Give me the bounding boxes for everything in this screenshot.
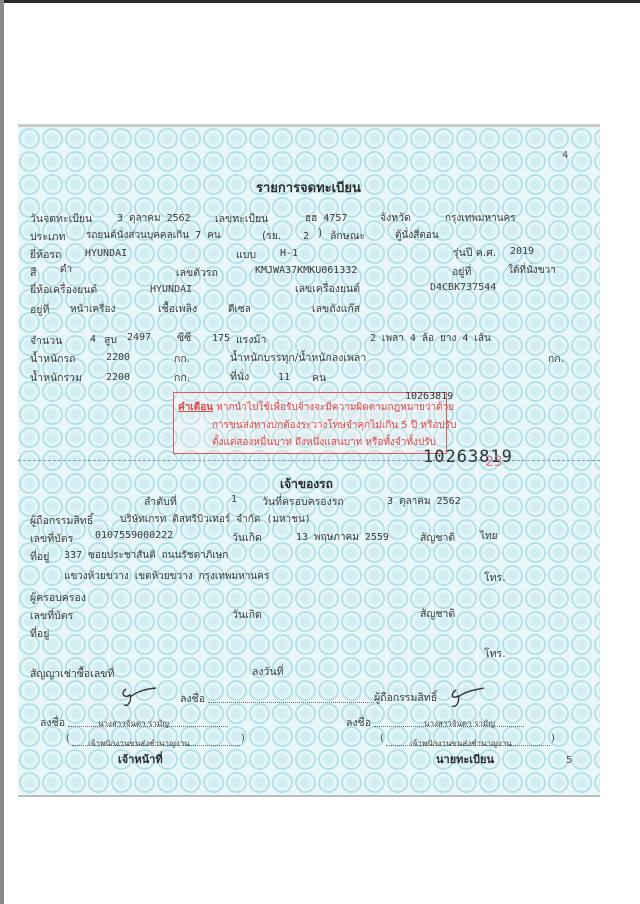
chassis-label: เลขตัวรถ bbox=[176, 264, 218, 281]
page-title: รายการจดทะเบียน bbox=[256, 177, 361, 198]
year-value: 2019 bbox=[510, 246, 534, 257]
registrar-name: นางสาวจันดา รามัญ bbox=[424, 717, 495, 730]
axles-wheels-value: 2 เพลา 4 ล้อ ยาง 4 เส้น bbox=[370, 331, 491, 346]
serial-number-small: 10263819 bbox=[405, 391, 453, 402]
model-label: แบบ bbox=[236, 246, 256, 263]
officer-role: เจ้าหน้าที่ bbox=[118, 750, 163, 768]
officer-paren-close: ) bbox=[241, 733, 245, 744]
warning-line-1: คำเตือน หากนำไปใช้เพื่อรับจ้างจะมีความผิ… bbox=[178, 400, 454, 415]
engine-brand-value: HYUNDAI bbox=[150, 284, 192, 295]
owner-sign-suffix: ผู้ถือกรรมสิทธิ์ bbox=[374, 689, 437, 706]
year-label: รุ่นปี ค.ศ. bbox=[453, 244, 496, 261]
type-value: รถยนต์นั่งส่วนบุคคลเกิน 7 คน bbox=[86, 228, 221, 243]
possessor-dob-label: วันเกิด bbox=[232, 606, 262, 623]
warning-line-1-text: หากนำไปใช้เพื่อรับจ้างจะมีความผิดตามกฎหม… bbox=[216, 402, 454, 413]
signature-owner-scribble-icon bbox=[446, 684, 486, 710]
phone-label: โทร. bbox=[484, 569, 506, 586]
weight-value: 2200 bbox=[106, 352, 130, 363]
registrar-position: เจ้าพนักงานขนส่งชำนาญงาน bbox=[410, 737, 512, 750]
page-number-bottom: 5 bbox=[566, 755, 572, 766]
reg-date-label: วันจดทะเบียน bbox=[30, 210, 92, 227]
gross-weight-value: 2200 bbox=[106, 372, 130, 383]
owner-sign-label: ลงชื่อ bbox=[180, 690, 205, 707]
possessor-id-label: เลขที่บัตร bbox=[30, 607, 73, 624]
scan-left-edge bbox=[0, 0, 4, 904]
color-value: ดำ bbox=[60, 262, 72, 277]
seats-value: 11 bbox=[278, 372, 290, 383]
plate-value: ฮฮ 4757 bbox=[305, 211, 347, 226]
plate-label: เลขทะเบียน bbox=[215, 210, 268, 227]
load-label: น้ำหนักบรรทุก/น้ำหนักลงเพลา bbox=[230, 349, 366, 366]
hire-purchase-label: สัญญาเช่าซื้อเลขที่ bbox=[30, 665, 114, 682]
chassis-location-label: อยู่ที่ bbox=[452, 263, 471, 280]
type-label: ประเภท bbox=[30, 228, 65, 245]
registrar-sign-label: ลงชื่อ bbox=[346, 714, 371, 731]
address-line-1: 337 ซอยประชาสันติ ถนนรัชดาภิเษก bbox=[64, 548, 228, 563]
color-label: สี bbox=[30, 264, 36, 281]
order-value: 1 bbox=[231, 494, 237, 505]
fuel-value: ดีเซล bbox=[228, 302, 251, 317]
body-value: ตู้นั่งสี่ตอน bbox=[395, 228, 439, 243]
cc-unit: ซีซี bbox=[177, 329, 191, 346]
gas-tank-label: เลขถังแก๊ส bbox=[312, 300, 360, 317]
weight-unit: กก. bbox=[174, 350, 190, 367]
code-value: 2 bbox=[303, 231, 309, 242]
code-prefix: (รย. bbox=[262, 227, 281, 244]
seats-unit: คน bbox=[312, 369, 326, 386]
scan-top-edge bbox=[0, 0, 640, 3]
engine-brand-label: ยี่ห้อเครื่องยนต์ bbox=[30, 281, 97, 298]
stamp-number: 23 bbox=[485, 454, 503, 470]
warning-label: คำเตือน bbox=[178, 402, 213, 413]
officer-paren-open: ( bbox=[66, 733, 70, 744]
fuel-label: เชื้อเพลิง bbox=[158, 300, 197, 317]
warning-line-2: การขนส่งทางบกต้องระวางโทษจำคุกไม่เกิน 5 … bbox=[212, 418, 456, 433]
officer-position: เจ้าพนักงานขนส่งชำนาญงาน bbox=[88, 737, 190, 750]
gross-weight-label: น้ำหนักรวม bbox=[30, 369, 82, 386]
nationality-label: สัญชาติ bbox=[420, 529, 455, 546]
officer-name: นางสาวจันดา รามัญ bbox=[98, 717, 169, 730]
weight-label: น้ำหนักรถ bbox=[30, 350, 76, 367]
chassis-location-value: ใต้ที่นั่งขวา bbox=[508, 263, 556, 278]
cylinders-unit: สูบ bbox=[104, 331, 117, 348]
load-unit: กก. bbox=[548, 350, 564, 367]
possession-date-label: วันที่ครอบครองรถ bbox=[262, 493, 344, 510]
possessor-nationality-label: สัญชาติ bbox=[420, 605, 455, 622]
owner-value: บริษัทเกรท ดิสทริบิวเทอร์ จำกัด (มหาชน) bbox=[120, 512, 311, 527]
id-value: 0107559000222 bbox=[95, 530, 173, 541]
model-value: H-1 bbox=[280, 248, 298, 259]
count-label: จำนวน bbox=[30, 332, 62, 349]
owner-section-title: เจ้าของรถ bbox=[280, 475, 333, 494]
seats-label: ที่นั่ง bbox=[230, 368, 249, 385]
officer-sign-label: ลงชื่อ bbox=[40, 714, 65, 731]
province-value: กรุงเทพมหานคร bbox=[445, 211, 516, 226]
engine-location-value: หน้าเครื่อง bbox=[70, 302, 115, 317]
owner-label: ผู้ถือกรรมสิทธิ์ bbox=[30, 512, 93, 529]
id-label: เลขที่บัตร bbox=[30, 530, 73, 547]
cc-value: 2497 bbox=[127, 332, 151, 343]
registrar-role: นายทะเบียน bbox=[436, 750, 494, 768]
nationality-value: ไทย bbox=[480, 529, 497, 544]
dob-value: 13 พฤษภาคม 2559 bbox=[296, 530, 389, 545]
address-line-2: แขวงห้วยขวาง เขตห้วยขวาง กรุงเทพมหานคร bbox=[64, 569, 269, 584]
registrar-paren-open: ( bbox=[380, 733, 384, 744]
body-label: ลักษณะ bbox=[330, 227, 365, 244]
possessor-address-label: ที่อยู่ bbox=[30, 625, 49, 642]
brand-value: HYUNDAI bbox=[85, 248, 127, 259]
reg-date-value: 3 ตุลาคม 2562 bbox=[117, 211, 191, 226]
signature-officer-scribble-icon bbox=[118, 685, 158, 709]
chassis-value: KMJWA37KMKU061332 bbox=[255, 265, 357, 276]
order-label: ลำดับที่ bbox=[144, 493, 177, 510]
owner-sign-line bbox=[208, 702, 374, 703]
possessor-phone-label: โทร. bbox=[484, 645, 506, 662]
engine-location-label: อยู่ที่ bbox=[30, 301, 49, 318]
cylinders-value: 4 bbox=[90, 334, 96, 345]
hp-unit: แรงม้า bbox=[236, 331, 266, 348]
signed-date-label: ลงวันที่ bbox=[252, 663, 284, 680]
hp-value: 175 bbox=[212, 333, 230, 344]
possessor-label: ผู้ครอบครอง bbox=[30, 589, 86, 606]
code-suffix: ) bbox=[318, 227, 322, 239]
page-number-top: 4 bbox=[562, 150, 568, 161]
brand-label: ยี่ห้อรถ bbox=[30, 246, 61, 263]
engine-no-value: D4CBK737544 bbox=[430, 282, 496, 293]
registrar-paren-close: ) bbox=[551, 733, 555, 744]
gross-weight-unit: กก. bbox=[174, 369, 190, 386]
engine-no-label: เลขเครื่องยนต์ bbox=[295, 280, 360, 297]
dob-label: วันเกิด bbox=[232, 529, 262, 546]
possession-date-value: 3 ตุลาคม 2562 bbox=[387, 494, 461, 509]
warning-line-3: ตั้งแต่สองหมื่นบาท ถึงหนึ่งแสนบาท หรือทั… bbox=[212, 435, 436, 450]
address-label: ที่อยู่ bbox=[30, 548, 49, 565]
province-label: จังหวัด bbox=[380, 209, 411, 226]
